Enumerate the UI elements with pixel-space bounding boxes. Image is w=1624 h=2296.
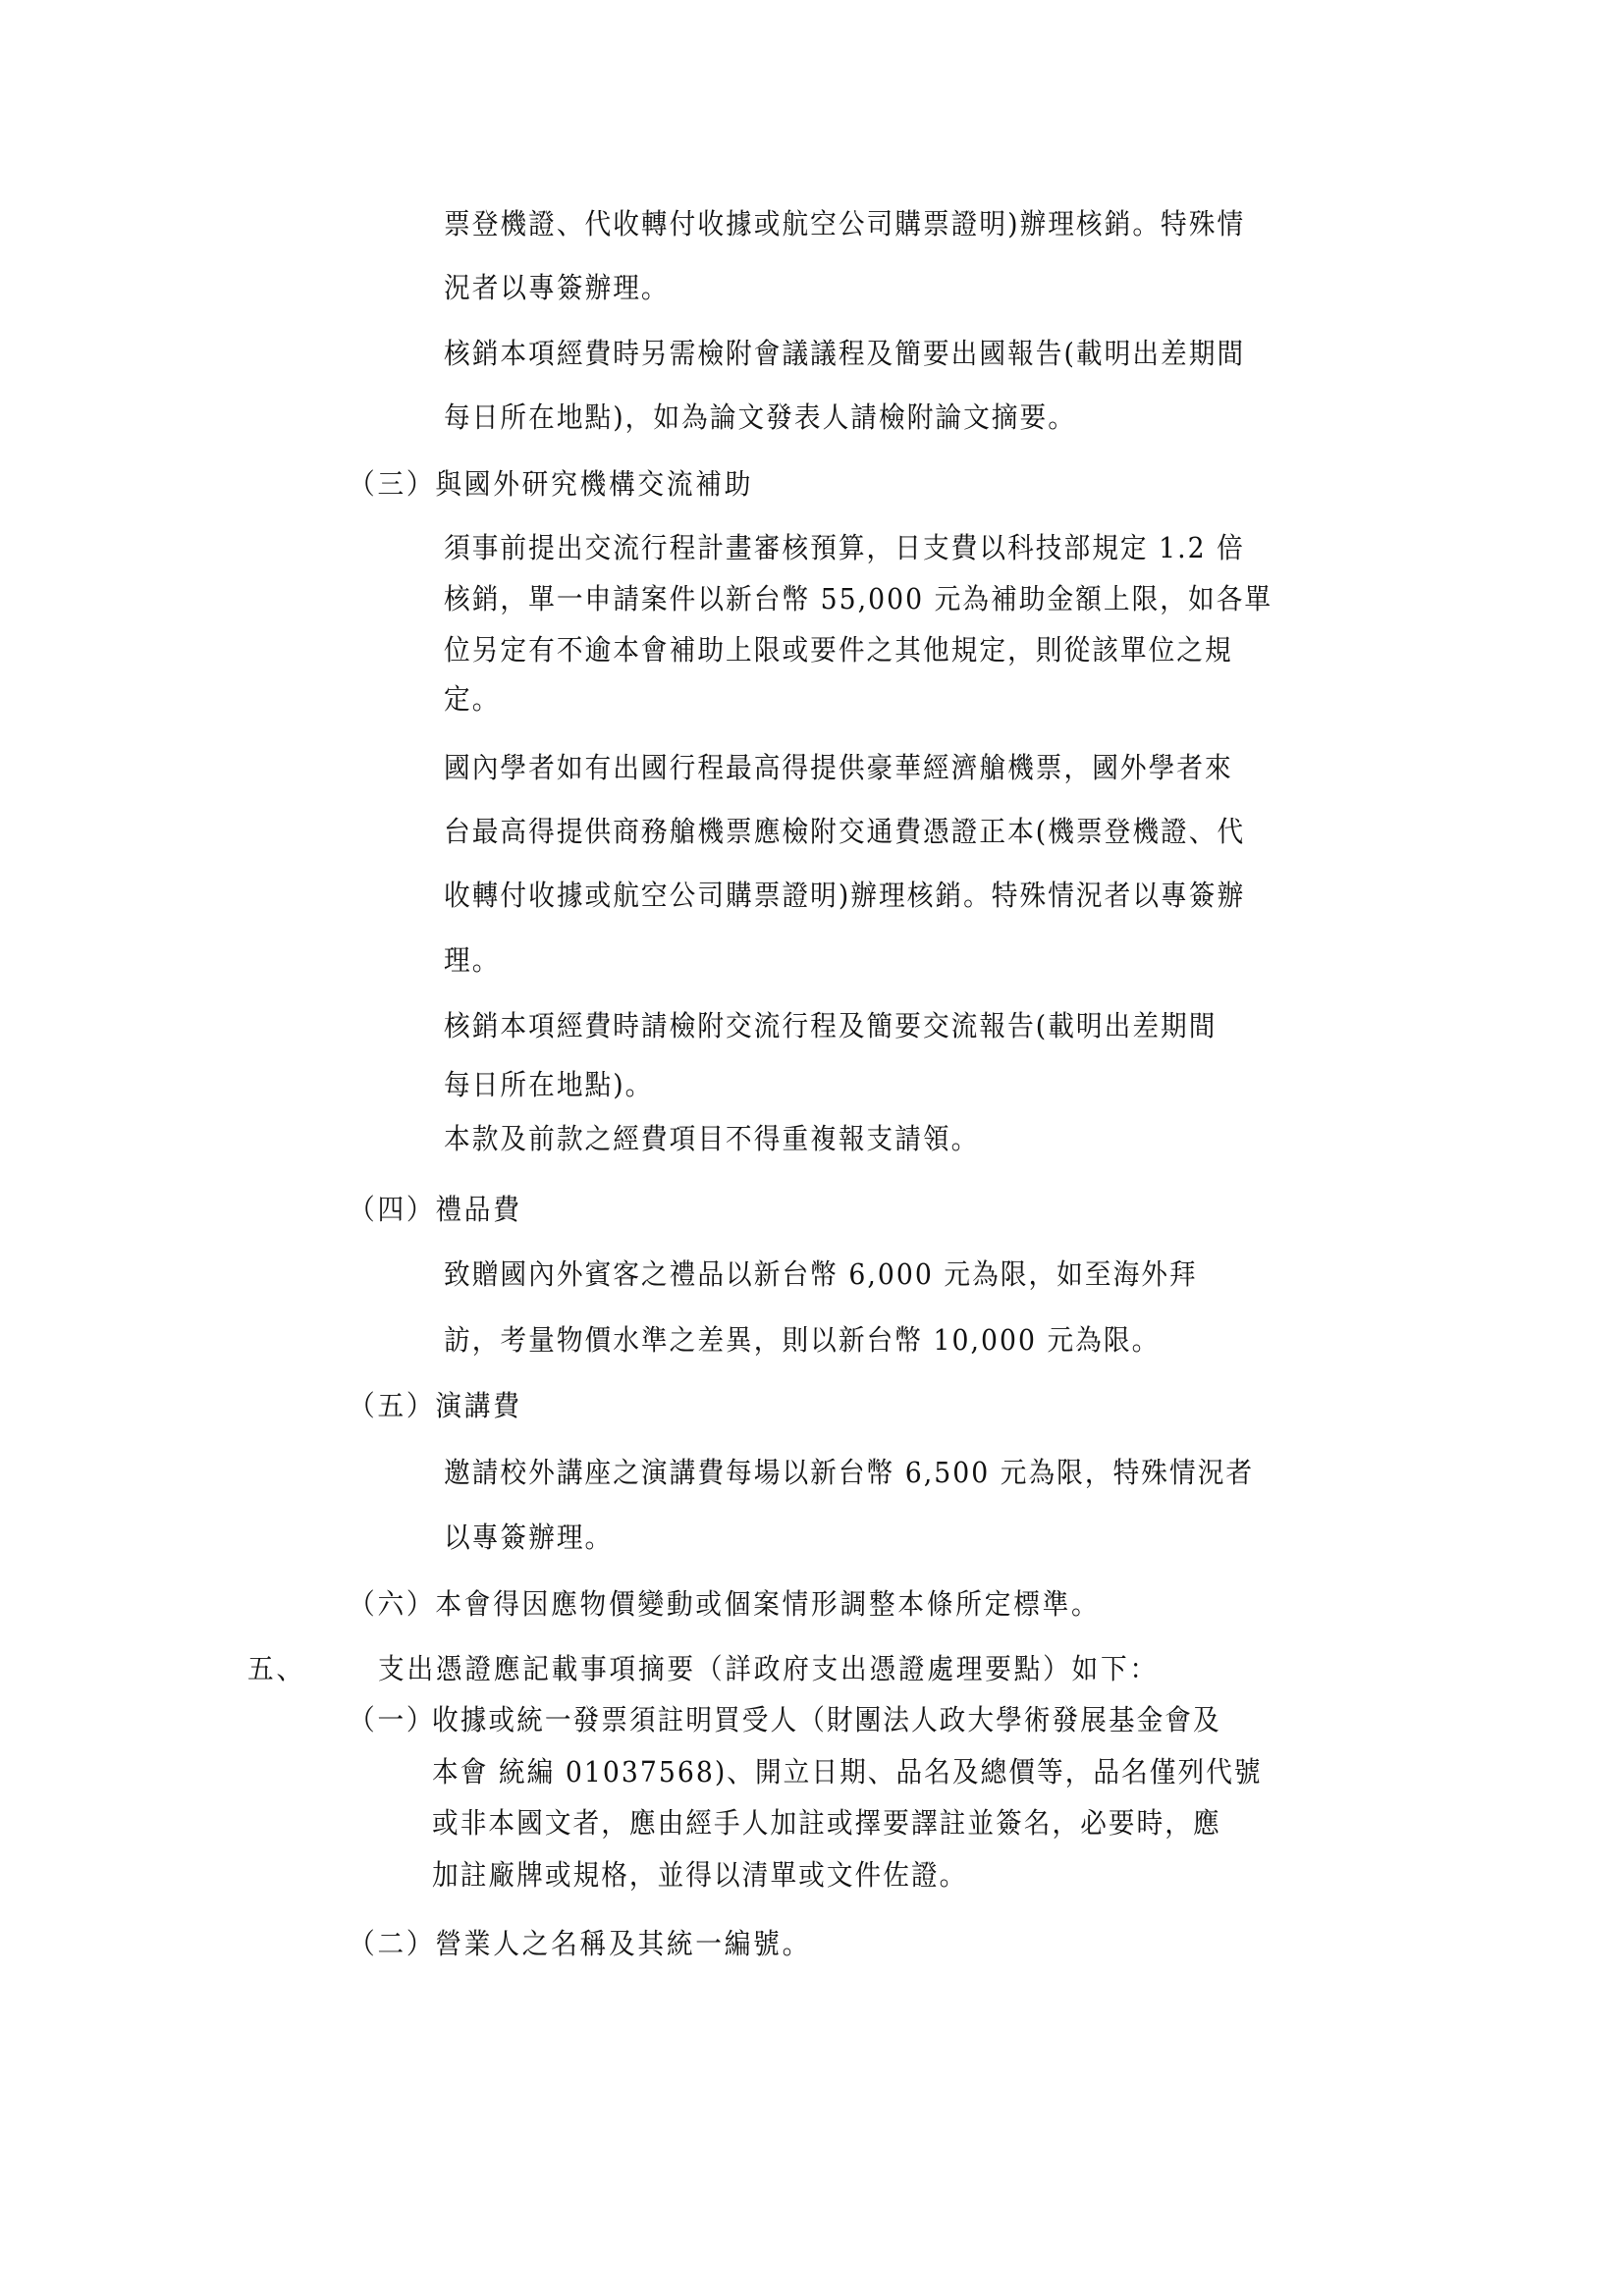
item-title: 禮品費 (435, 1193, 521, 1226)
text-line: 每日所在地點)。 (444, 1067, 653, 1102)
text-line: 以專簽辦理。 (444, 1520, 613, 1555)
text-line: 加註廠牌或規格，並得以清單或文件佐證。 (432, 1857, 967, 1893)
item-marker: （五） (349, 1389, 435, 1422)
text-line: 訪，考量物價水準之差異，則以新台幣 10,000 元為限。 (444, 1322, 1160, 1358)
text-line: 收轉付收據或航空公司購票證明)辦理核銷。特殊情況者以專簽辦 (444, 878, 1245, 913)
text-line: 國內學者如有出國行程最高得提供豪華經濟艙機票，國外學者來 (444, 750, 1233, 785)
text-line: 本會 統編 01037568)、開立日期、品名及總價等，品名僅列代號 (432, 1754, 1263, 1789)
text-line: 理。 (444, 942, 500, 978)
text-line: 邀請校外講座之演講費每場以新台幣 6,500 元為限，特殊情況者 (444, 1455, 1254, 1490)
text-line: 致贈國內外賓客之禮品以新台幣 6,000 元為限，如至海外拜 (444, 1256, 1198, 1292)
text-line: 定。 (444, 681, 500, 717)
item-title: 與國外研究機構交流補助 (435, 467, 753, 501)
item-heading: （二）營業人之名稱及其統一編號。 (349, 1926, 811, 1961)
item-marker: （三） (349, 467, 435, 501)
text-line: 須事前提出交流行程計畫審核預算，日支費以科技部規定 1.2 倍 (444, 530, 1245, 565)
text-line: 核銷，單一申請案件以新台幣 55,000 元為補助金額上限，如各單 (444, 581, 1272, 616)
text-line: 核銷本項經費時請檢附交流行程及簡要交流報告(載明出差期間 (444, 1008, 1217, 1043)
item-heading: （三）與國外研究機構交流補助 (349, 466, 753, 502)
text-line: 位另定有不逾本會補助上限或要件之其他規定，則從該單位之規 (444, 632, 1233, 667)
item-marker: （一） (349, 1702, 435, 1737)
section-title: 支出憑證應記載事項摘要（詳政府支出憑證處理要點）如下： (378, 1651, 1159, 1686)
text-line: 台最高得提供商務艙機票應檢附交通費憑證正本(機票登機證、代 (444, 814, 1245, 849)
text-line: 每日所在地點)，如為論文發表人請檢附論文摘要。 (444, 400, 1076, 435)
text-line: 票登機證、代收轉付收據或航空公司購票證明)辦理核銷。特殊情 (444, 206, 1245, 241)
item-heading: （四）禮品費 (349, 1192, 522, 1227)
item-title: 本會得因應物價變動或個案情形調整本條所定標準。 (435, 1587, 1100, 1621)
text-line: 收據或統一發票須註明買受人（財團法人政大學術發展基金會及 (432, 1702, 1221, 1737)
item-marker: （二） (349, 1927, 435, 1960)
text-line: 本款及前款之經費項目不得重複報支請領。 (444, 1121, 979, 1156)
text-line: 況者以專簽辦理。 (444, 270, 670, 305)
item-title: 營業人之名稱及其統一編號。 (435, 1927, 811, 1960)
item-heading: （五）演講費 (349, 1388, 522, 1423)
item-marker: （四） (349, 1193, 435, 1226)
item-title: 演講費 (435, 1389, 521, 1422)
section-marker: 五、 (247, 1651, 305, 1686)
item-marker: （六） (349, 1587, 435, 1621)
text-line: 或非本國文者，應由經手人加註或擇要譯註並簽名，必要時，應 (432, 1805, 1221, 1841)
text-line: 核銷本項經費時另需檢附會議議程及簡要出國報告(載明出差期間 (444, 336, 1245, 371)
item-heading: （六）本會得因應物價變動或個案情形調整本條所定標準。 (349, 1586, 1100, 1622)
